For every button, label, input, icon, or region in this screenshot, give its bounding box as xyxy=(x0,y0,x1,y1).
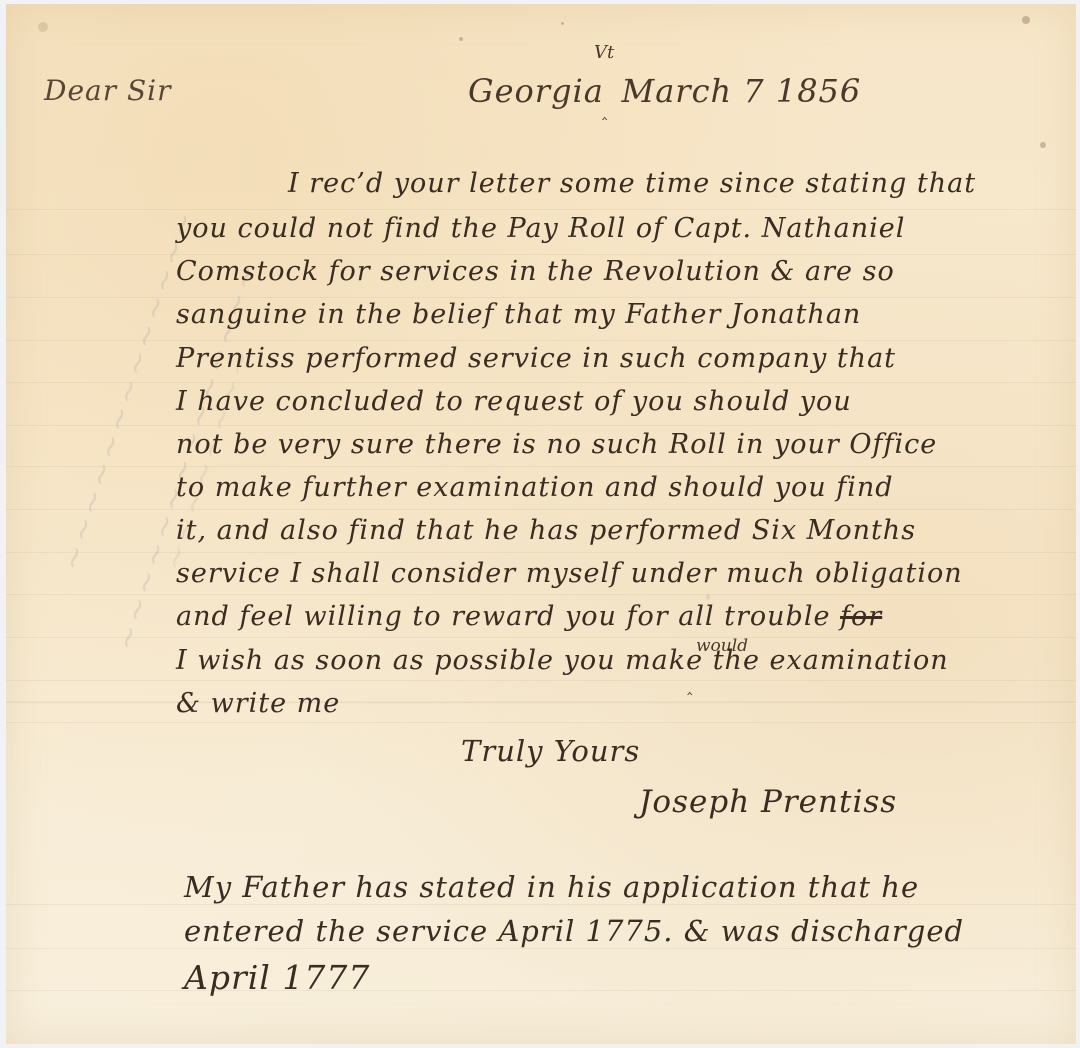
letter-paper: ​~~~~~~~~~~~~~ ​~~~~~~~~~~~~~~ ​~~~~~~~~… xyxy=(6,4,1076,1044)
dateline: Georgia‸ March 7 1856 xyxy=(468,72,861,110)
paper-fold xyxy=(6,701,1076,704)
body-line-4: sanguine in the belief that my Father Jo… xyxy=(176,299,861,330)
salutation: Dear Sir xyxy=(44,74,172,107)
body-line-13: & write me xyxy=(176,688,340,719)
body-line-7: not be very sure there is no such Roll i… xyxy=(176,429,937,460)
struck-word: for xyxy=(840,601,882,632)
body-line-3: Comstock for services in the Revolution … xyxy=(176,256,895,287)
body-line-5: Prentiss performed service in such compa… xyxy=(176,343,896,374)
dateline-superscript: Vt xyxy=(594,42,614,63)
body-line-8: to make further examination and should y… xyxy=(176,472,894,503)
insertion-caret-icon: ‸ xyxy=(602,101,608,120)
signature: Joseph Prentiss xyxy=(639,784,897,820)
body-line-11: and feel willing to reward you for all t… xyxy=(176,601,882,632)
ruled-line xyxy=(6,722,1076,723)
body-line-1: I rec’d your letter some time since stat… xyxy=(288,168,976,199)
ruled-line xyxy=(6,340,1076,341)
ruled-line xyxy=(6,948,1076,949)
ink-spot xyxy=(706,594,710,600)
ruled-line xyxy=(6,382,1076,383)
dateline-date: March 7 1856 xyxy=(621,72,861,110)
ruled-line xyxy=(6,990,1076,991)
ruled-line xyxy=(6,594,1076,595)
ink-spot xyxy=(1040,142,1046,148)
ink-spot xyxy=(38,22,48,32)
body-line-11-text: and feel willing to reward you for all t… xyxy=(176,601,830,632)
closing: Truly Yours xyxy=(461,734,640,768)
ruled-line xyxy=(6,904,1076,905)
ink-spot xyxy=(459,37,463,41)
ink-spot xyxy=(1022,16,1030,24)
ink-spot xyxy=(561,22,564,25)
body-line-10: service I shall consider myself under mu… xyxy=(176,558,963,589)
dateline-place: Georgia xyxy=(468,72,604,110)
body-line-12: I wish as soon as possible you make the … xyxy=(176,645,949,676)
postscript-line-3: April 1777 xyxy=(184,958,370,997)
ruled-line xyxy=(6,425,1076,426)
ruled-line xyxy=(6,637,1076,638)
body-line-9: it, and also find that he has performed … xyxy=(176,515,916,546)
postscript-line-2: entered the service April 1775. & was di… xyxy=(184,914,964,948)
body-line-2: you could not find the Pay Roll of Capt.… xyxy=(176,213,905,244)
body-line-6: I have concluded to request of you shoul… xyxy=(176,386,852,417)
ruled-line xyxy=(6,680,1076,681)
postscript-line-1: My Father has stated in his application … xyxy=(184,870,919,904)
ruled-line xyxy=(6,209,1076,210)
insertion-caret-icon: ‸ xyxy=(687,676,692,695)
